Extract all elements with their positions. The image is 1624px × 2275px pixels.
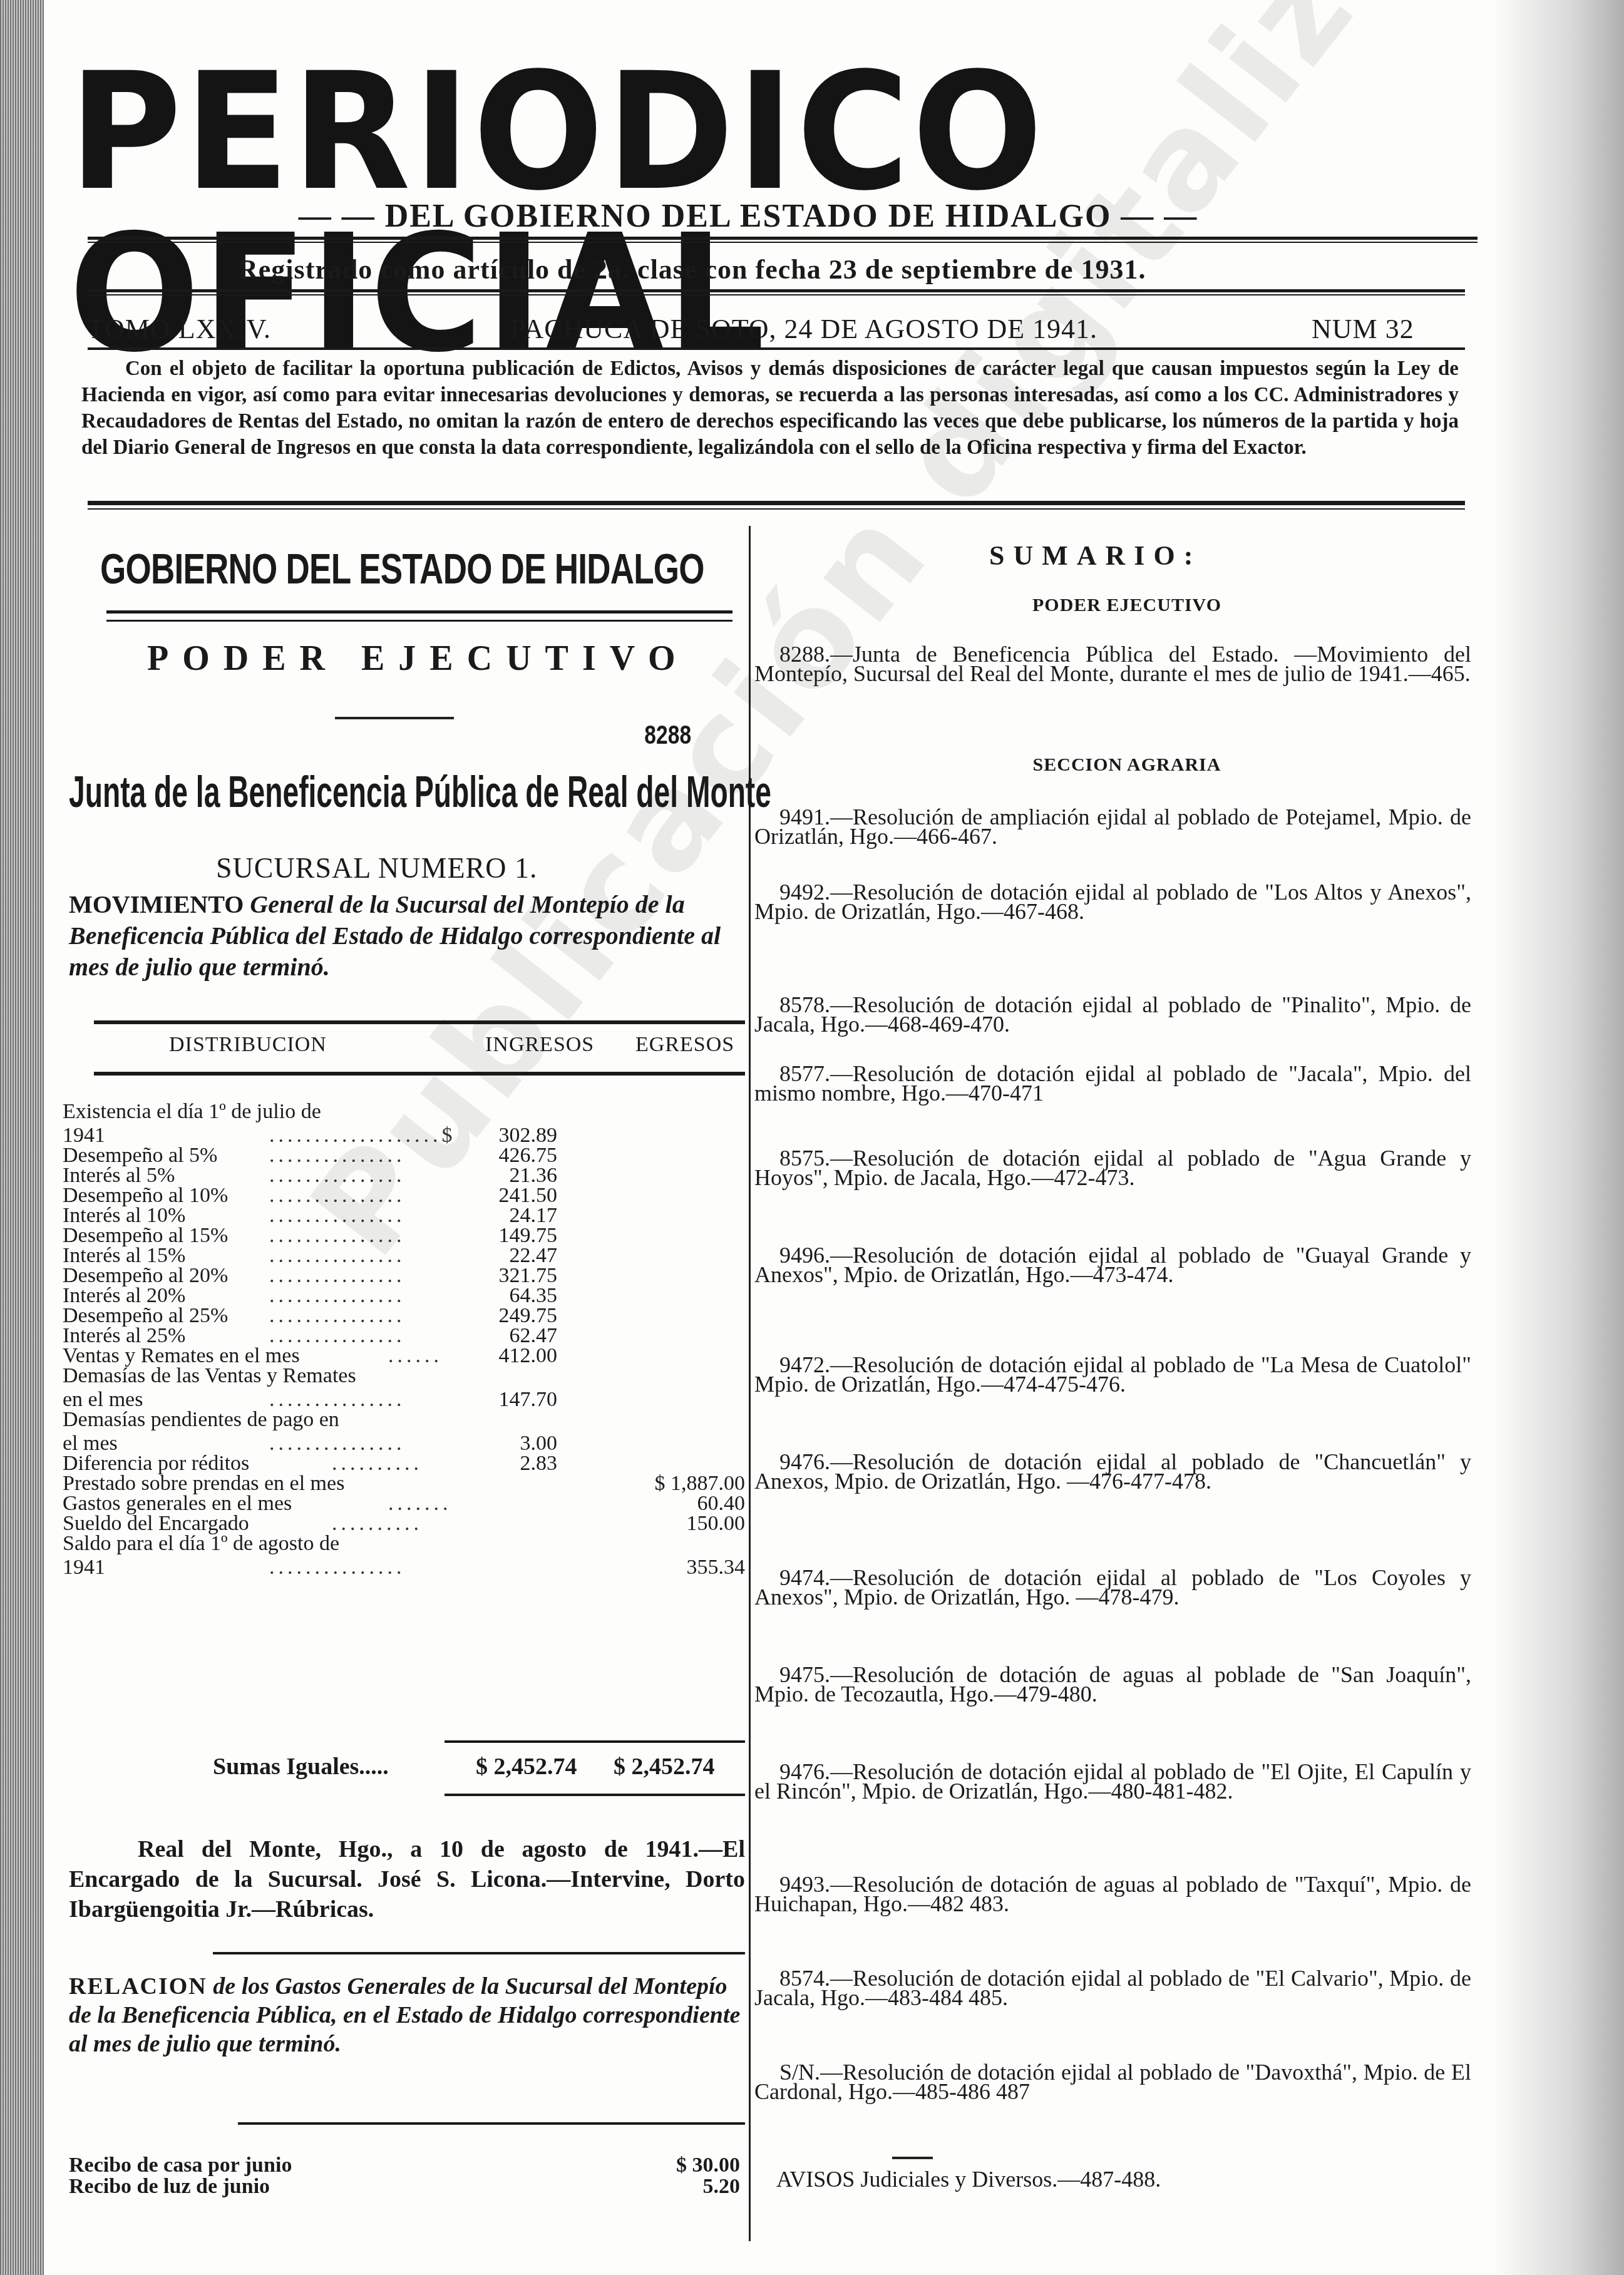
table-row: Diferencia por réditos..........2.83 — [63, 1454, 745, 1474]
document-number: 8288 — [644, 720, 691, 750]
entity-heading: Junta de la Beneficencia Pública de Real… — [69, 767, 689, 817]
relacion-intro: RELACION de los Gastos Generales de la S… — [69, 1972, 745, 2058]
signature-block: Real del Monte, Hgo., a 10 de agosto de … — [69, 1834, 745, 1924]
column-header-egresos: EGRESOS — [635, 1033, 734, 1057]
divider — [94, 1020, 745, 1024]
movement-cap: MOVIMIENTO — [69, 890, 244, 918]
avisos-entry: AVISOS Judiciales y Diversos.—487-488. — [776, 2166, 1161, 2192]
table-row: Interés al 20%...............64.35 — [63, 1286, 745, 1306]
table-row: Desempeño al 25%...............249.75 — [63, 1306, 745, 1326]
government-heading: GOBIERNO DEL ESTADO DE HIDALGO — [100, 545, 564, 593]
summary-entry: 8577.—Resolución de dotación ejidal al p… — [754, 1064, 1471, 1103]
summary-section-executive: PODER EJECUTIVO — [995, 595, 1258, 616]
scan-edge-shadow — [0, 0, 44, 2275]
totals-label: Sumas Iguales..... — [213, 1753, 389, 1780]
summary-entry: S/N.—Resolución de dotación ejidal al po… — [754, 2063, 1471, 2102]
table-row: Interés al 5%...............21.36 — [63, 1166, 745, 1186]
receipts-list: Recibo de casa por junio$ 30.00 Recibo d… — [69, 2154, 745, 2196]
scan-edge-shadow-right — [1493, 0, 1624, 2275]
summary-entry: 9475.—Resolución de dotación de aguas al… — [754, 1665, 1471, 1704]
divider — [88, 237, 1478, 240]
divider — [94, 1072, 745, 1076]
movement-intro: MOVIMIENTO General de la Sucursal del Mo… — [69, 889, 745, 983]
short-divider — [892, 2157, 933, 2159]
table-row: Existencia el día 1º de julio de — [63, 1102, 745, 1126]
summary-entry: 9491.—Resolución de ampliación ejidal al… — [754, 808, 1471, 846]
divider — [445, 1794, 745, 1796]
table-row: Desempeño al 5%...............426.75 — [63, 1146, 745, 1166]
summary-entry: 8574.—Resolución de dotación ejidal al p… — [754, 1969, 1471, 2008]
publication-notice: Con el objeto de facilitar la oportuna p… — [81, 356, 1459, 461]
table-row: en el mes...............147.70 — [63, 1390, 745, 1410]
table-row: Prestado sobre prendas en el mes$ 1,887.… — [63, 1474, 745, 1494]
list-item: Recibo de casa por junio$ 30.00 — [69, 2154, 745, 2175]
place-date: PACHUCA DE SOTO, 24 DE AGOSTO DE 1941. — [510, 313, 1097, 345]
divider — [88, 242, 1478, 243]
divider — [88, 347, 1465, 350]
divider — [88, 501, 1465, 505]
branch-office-heading: SUCURSAL NUMERO 1. — [216, 851, 537, 885]
newspaper-page: Publicación digitalizada PERIODICO OFICI… — [0, 0, 1624, 2275]
summary-entry: 9472.—Resolución de dotación ejidal al p… — [754, 1355, 1471, 1394]
summary-entry: 8578.—Resolución de dotación ejidal al p… — [754, 995, 1471, 1034]
table-row: Interés al 10%...............24.17 — [63, 1206, 745, 1226]
table-row: Demasías de las Ventas y Remates — [63, 1366, 745, 1390]
divider — [213, 1952, 745, 1954]
issue-number: NUM 32 — [1312, 313, 1414, 345]
table-row: Demasías pendientes de pago en — [63, 1410, 745, 1434]
branch-heading: PODER EJECUTIVO — [147, 639, 689, 679]
table-row: Desempeño al 10%...............241.50 — [63, 1186, 745, 1206]
summary-entry: 9476.—Resolución de dotación ejidal al p… — [754, 1762, 1471, 1801]
summary-title: SUMARIO: — [989, 540, 1201, 572]
divider — [445, 1740, 745, 1743]
divider — [106, 610, 732, 614]
divider — [238, 2122, 745, 2125]
masthead-subtitle: — — DEL GOBIERNO DEL ESTADO DE HIDALGO —… — [232, 198, 1265, 235]
table-row: Ventas y Remates en el mes......412.00 — [63, 1346, 745, 1366]
divider — [88, 289, 1465, 292]
summary-entry: 9492.—Resolución de dotación ejidal al p… — [754, 883, 1471, 922]
divider — [88, 294, 1465, 295]
distribution-table: Existencia el día 1º de julio de 1941...… — [63, 1102, 745, 1578]
totals-egresos: $ 2,452.74 — [614, 1753, 715, 1780]
summary-entry: 9493.—Resolución de dotación de aguas al… — [754, 1875, 1471, 1914]
table-row: el mes...............3.00 — [63, 1434, 745, 1454]
summary-entry: 9476.—Resolución de dotación ejidal al p… — [754, 1452, 1471, 1491]
registration-note: Registrado como artículo de 2a. clase co… — [238, 254, 1146, 285]
table-row: Interés al 15%...............22.47 — [63, 1246, 745, 1266]
summary-entry: 8288.—Junta de Beneficencia Pública del … — [754, 645, 1471, 684]
short-divider — [335, 717, 454, 719]
table-row: Sueldo del Encargado..........150.00 — [63, 1514, 745, 1534]
summary-entry: 8575.—Resolución de dotación ejidal al p… — [754, 1149, 1471, 1188]
table-row: Interés al 25%...............62.47 — [63, 1326, 745, 1346]
summary-entry: 9474.—Resolución de dotación ejidal al p… — [754, 1568, 1471, 1607]
list-item: Recibo de luz de junio5.20 — [69, 2175, 745, 2196]
summary-section-agrarian: SECCION AGRARIA — [995, 754, 1258, 776]
volume-number: TOMO LXXIV. — [88, 313, 271, 345]
column-header-ingresos: INGRESOS — [485, 1033, 594, 1057]
table-row: Gastos generales en el mes.......60.40 — [63, 1494, 745, 1514]
relacion-cap: RELACION — [69, 1973, 207, 2000]
table-row: 1941...............355.34 — [63, 1558, 745, 1578]
table-header: DISTRIBUCION INGRESOS EGRESOS — [69, 1033, 745, 1058]
divider — [106, 620, 732, 622]
totals-ingresos: $ 2,452.74 — [476, 1753, 577, 1780]
table-row: Desempeño al 15%...............149.75 — [63, 1226, 745, 1246]
column-header-distribucion: DISTRIBUCION — [169, 1033, 327, 1057]
table-row: Desempeño al 20%...............321.75 — [63, 1266, 745, 1286]
table-row: Saldo para el día 1º de agosto de — [63, 1534, 745, 1558]
table-row: 1941...................$302.89 — [63, 1126, 745, 1146]
summary-entry: 9496.—Resolución de dotación ejidal al p… — [754, 1246, 1471, 1285]
divider — [88, 508, 1465, 510]
